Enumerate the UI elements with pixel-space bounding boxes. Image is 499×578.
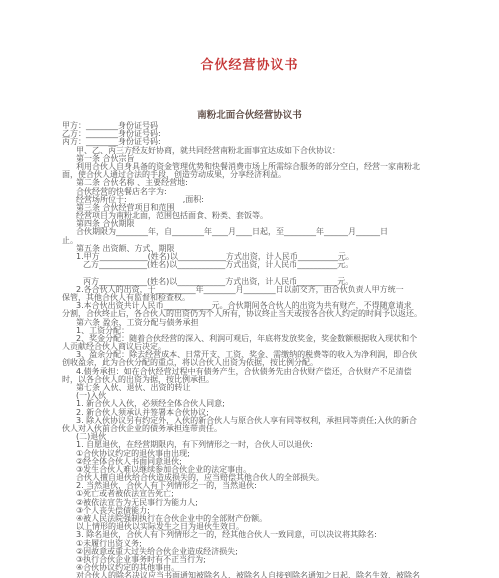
document-title: 合伙经营协议书 (0, 54, 499, 73)
document-line: 伙人对入伙前合伙企业的债务承担连带责任。 (62, 425, 440, 433)
document-line: 对合伙人的除名决议应当书面通知被除名人，被除名人自接到除名通知之日起，除名生效，… (62, 572, 440, 578)
document-body: 甲方：________身份证号码乙方：________身份证号码:丙方：____… (62, 122, 440, 578)
document-line: 第七条 入伙、退伙、出资的转让 (62, 384, 440, 392)
document-line: 乙方____________(姓名)以____________方式出资，计人民币… (62, 261, 440, 269)
document-subtitle: 南粉北面合伙经营协议书 (0, 107, 499, 121)
document-page: 合伙经营协议书 南粉北面合伙经营协议书 甲方：________身份证号码乙方：_… (0, 0, 499, 578)
document-line: 合伙期限为________年，自________年____月____日起，至__… (62, 228, 440, 236)
